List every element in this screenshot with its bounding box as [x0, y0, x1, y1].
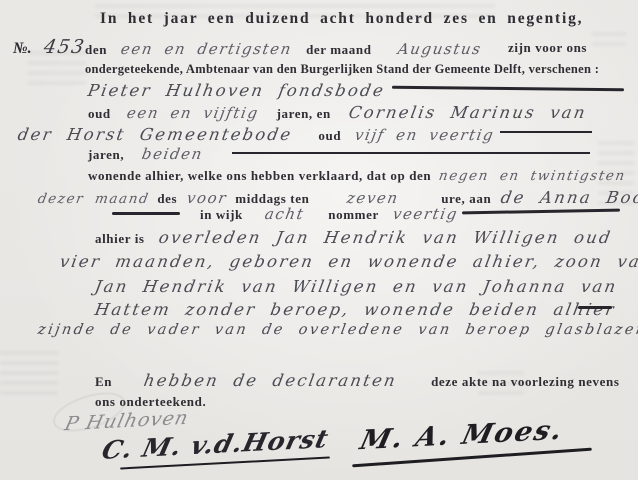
en-label: En	[95, 374, 112, 389]
deceased-line-2: vier maanden, geboren en wonende alhier,…	[58, 252, 638, 271]
middags-ten-label: middags ten	[235, 191, 309, 206]
bleedthrough-smudge-bottom-left	[0, 352, 58, 394]
death-day-handwritten: negen en twintigsten	[438, 168, 628, 184]
age1-handwritten: een en vijftig	[125, 104, 260, 122]
filled-rule-3	[232, 152, 590, 154]
filled-rule-6	[578, 306, 612, 309]
jaren-en-label: jaren, en	[277, 106, 331, 121]
declarant2-name-end: der Horst Gemeentebode	[16, 125, 294, 144]
scanned-death-certificate: In het jaar een duizend acht honderd zes…	[0, 0, 638, 480]
alhier-is-label: alhier is	[95, 231, 145, 246]
filled-rule-4	[112, 212, 180, 215]
declarant2-name-start: Cornelis Marinus van	[347, 103, 588, 122]
beiden-handwritten: beiden	[141, 145, 205, 163]
wijk-handwritten: acht	[263, 205, 306, 223]
voorlezing-label: deze akte na voorlezing nevens	[431, 374, 619, 389]
bleedthrough-smudge-top-right	[592, 33, 626, 45]
deceased-name-handwritten: overleden Jan Hendrik van Willigen oud	[157, 228, 613, 247]
oud-label-2: oud	[318, 128, 341, 143]
signature-declarant2: C. M. v.d.Horst	[104, 430, 327, 459]
wijk-line: in wijk acht nommer veertig	[200, 205, 458, 224]
oud-label-1: oud	[88, 106, 111, 121]
des-label: des	[157, 191, 177, 206]
date-line: den een en dertigsten der maand Augustus	[85, 40, 481, 59]
act-number-label: №.	[13, 40, 32, 57]
deceased-line-4: Hattem zonder beroep, wonende beiden alh…	[93, 300, 617, 319]
month-handwritten: Augustus	[396, 40, 483, 58]
zijn-voor-ons-label: zijn voor ons	[508, 40, 587, 56]
deceased-line-3: Jan Hendrik van Willigen en van Johanna …	[93, 277, 619, 296]
act-number: №. 453	[13, 36, 85, 58]
der-maand-label: der maand	[306, 42, 371, 57]
jaren-label: jaren,	[88, 147, 124, 162]
day-handwritten: een en dertigsten	[119, 40, 293, 58]
location-handwritten: de Anna Boogerd	[500, 188, 638, 207]
declaration-line: wonende alhier, welke ons hebben verklaa…	[88, 167, 626, 185]
ure-aan-label: ure, aan	[441, 191, 491, 206]
filled-rule-5	[462, 209, 620, 215]
filled-rule-1	[392, 86, 624, 91]
declarant2-line: der Horst Gemeentebode oud vijf en veert…	[18, 125, 495, 145]
declarant1-name: Pieter Hulhoven fondsbode	[86, 81, 386, 100]
date-pre-label: den	[85, 42, 107, 57]
declaranten-handwritten: hebben de declaranten	[142, 371, 398, 390]
age2-handwritten: vijf en veertig	[354, 126, 497, 144]
dezer-maand-handwritten: dezer maand	[37, 191, 151, 207]
closing-line: En hebben de declaranten deze akte na vo…	[95, 371, 620, 391]
filled-rule-2	[500, 131, 592, 133]
signature-registrar: M. A. Moes.	[362, 420, 562, 451]
jaren-line: jaren, beiden	[88, 145, 203, 164]
in-wijk-label: in wijk	[200, 207, 243, 222]
age1-line: oud een en vijftig jaren, en Cornelis Ma…	[88, 103, 587, 123]
signature-declarant1: P Hulhoven	[66, 410, 188, 432]
year-header: In het jaar een duizend acht honderd zes…	[100, 10, 583, 28]
deceased-line-1: alhier is overleden Jan Hendrik van Will…	[95, 228, 612, 248]
deceased-line-5: zijnde de vader van de overledene van be…	[37, 322, 638, 338]
signature-registrar-text: M. A. Moes.	[357, 415, 567, 456]
nummer-handwritten: veertig	[391, 205, 459, 223]
official-line: ondergeteekende, Ambtenaar van den Burge…	[85, 62, 599, 77]
declaration-printed: wonende alhier, welke ons hebben verklaa…	[88, 168, 431, 183]
act-number-value: 453	[42, 36, 87, 58]
nommer-label: nommer	[328, 207, 379, 222]
